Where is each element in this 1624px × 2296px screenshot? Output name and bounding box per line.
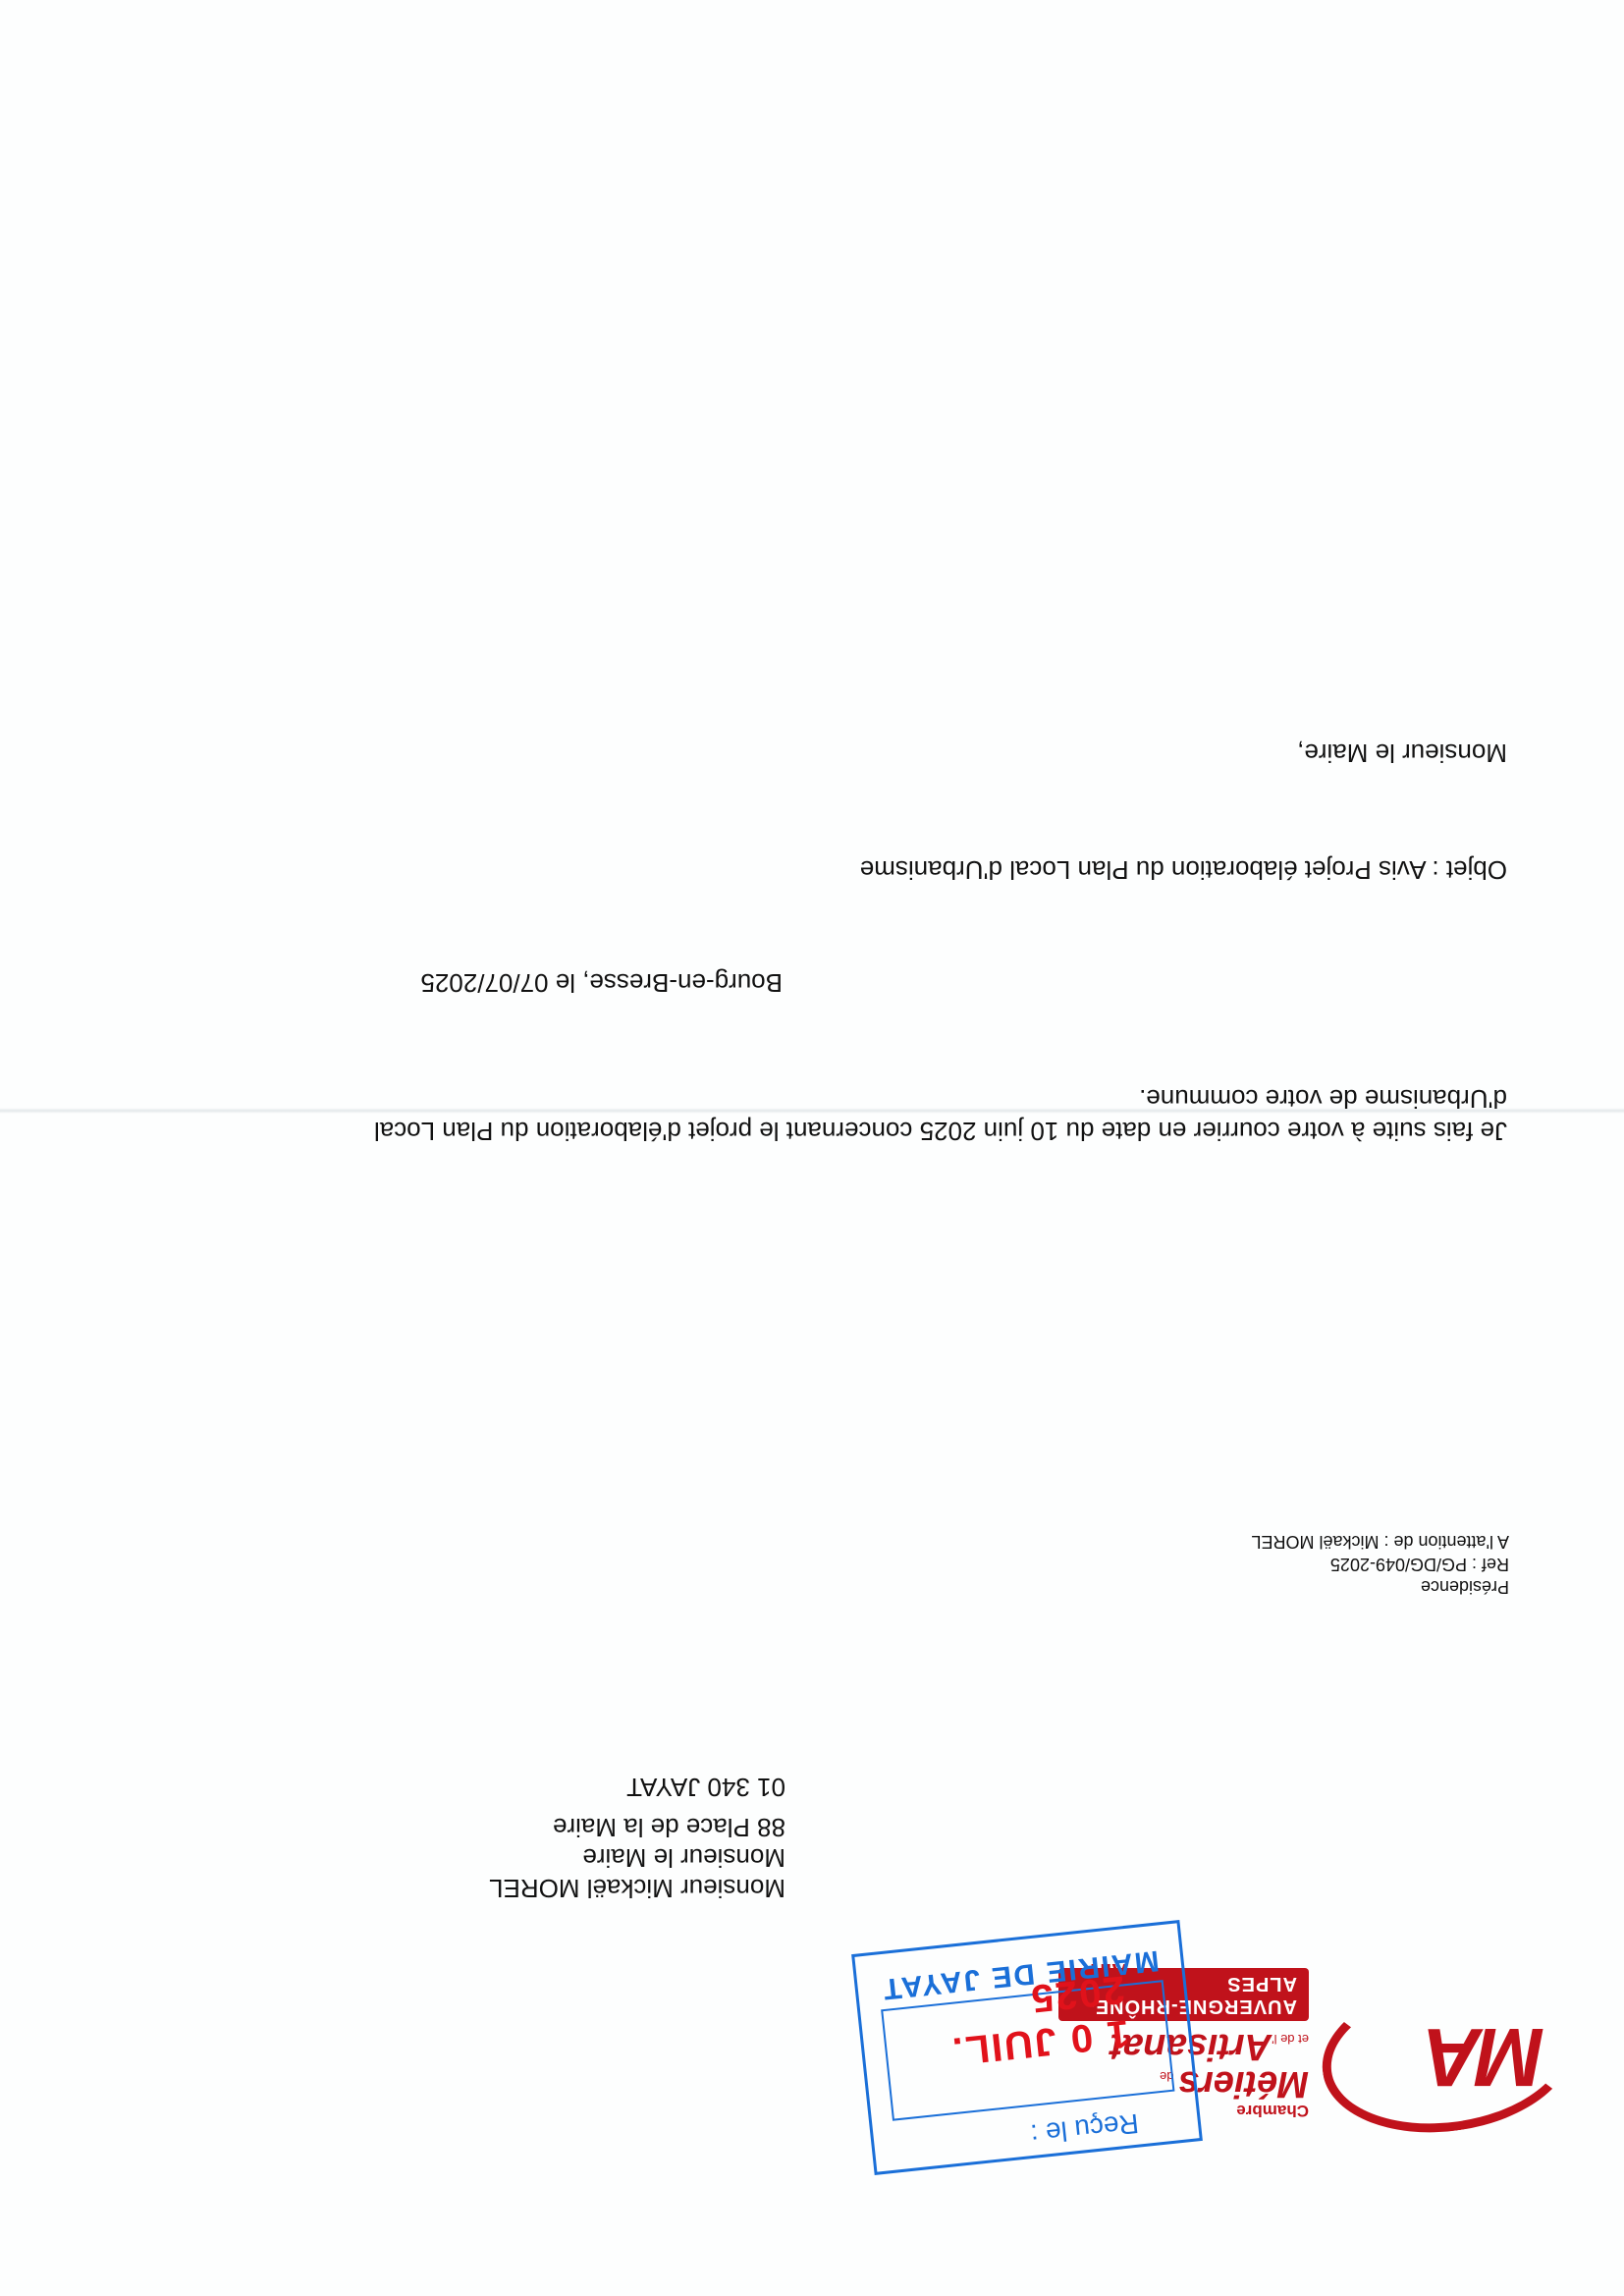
recipient-address: Monsieur Mickaël MOREL Monsieur le Maire… [489, 1772, 785, 1903]
date-line: Bourg-en-Bresse, le 07/07/2025 [420, 967, 783, 998]
stamp-label: Reçu le : [1029, 2107, 1140, 2150]
salutation: Monsieur le Maire, [1297, 737, 1507, 769]
attention-line: A l'attention de : Mickaël MOREL [1251, 1530, 1509, 1553]
logo-mark: MA [1428, 2009, 1544, 2105]
letter-meta: Présidence Ref : PG/DG/049-2025 A l'atte… [1251, 1530, 1509, 1598]
received-stamp: Reçu le : 1 0 JUIL. 2025 MAIRIE DE JAYAT [851, 1920, 1203, 2175]
paragraph-1: Je fais suite à votre courrier en date d… [374, 1082, 1507, 1147]
reference: Ref : PG/DG/049-2025 [1251, 1553, 1509, 1575]
subject-line: Objet : Avis Projet élaboration du Plan … [860, 853, 1507, 886]
letter-page: MA Chambre Métiers de et de l'Artisanat … [0, 0, 1624, 2296]
